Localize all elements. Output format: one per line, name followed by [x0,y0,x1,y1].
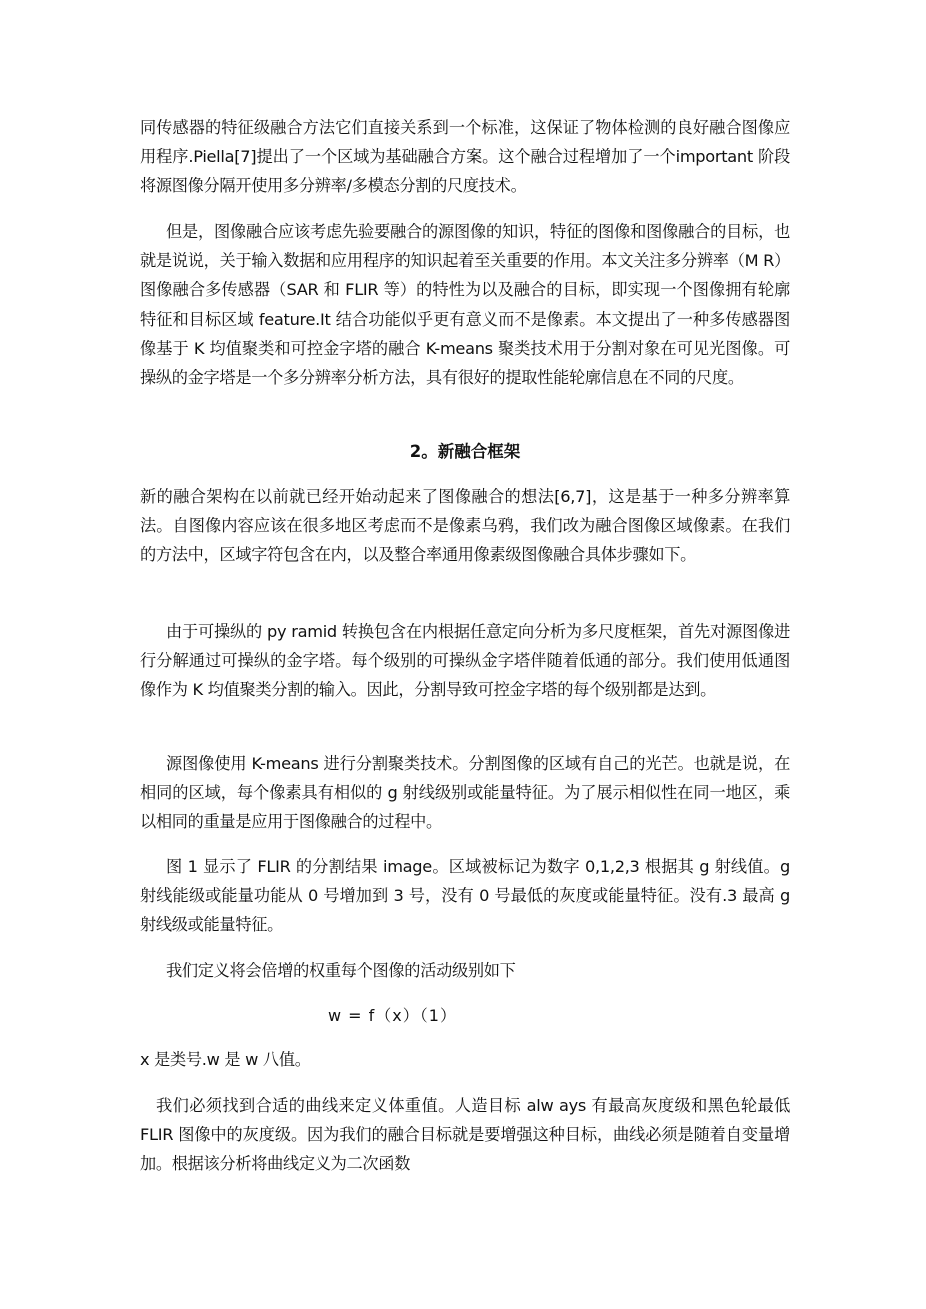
paragraph-kmeans-segmentation: 源图像使用 K-means 进行分割聚类技术。分割图像的区域有自己的光芒。也就是… [140,749,790,837]
paragraph-prior-knowledge: 但是，图像融合应该考虑先验要融合的源图像的知识，特征的图像和图像融合的目标，也就… [140,217,790,392]
paragraph-intro-continuation: 同传感器的特征级融合方法它们直接关系到一个标准，这保证了物体检测的良好融合图像应… [140,113,790,201]
paragraph-curve-definition: 我们必须找到合适的曲线来定义体重值。人造目标 alw ays 有最高灰度级和黑色… [140,1091,790,1179]
paragraph-steerable-pyramid: 由于可操纵的 py ramid 转换包含在内根据任意定向分析为多尺度框架，首先对… [140,617,790,705]
paragraph-new-framework: 新的融合架构在以前就已经开始动起来了图像融合的想法[6,7]，这是基于一种多分辨… [140,482,790,570]
paragraph-figure-1: 图 1 显示了 FLIR 的分割结果 image。区域被标记为数字 0,1,2,… [140,852,790,940]
paragraph-variable-explanation: x 是类号.w 是 w 八值。 [140,1045,790,1074]
paragraph-weight-definition: 我们定义将会倍增的权重每个图像的活动级别如下 [140,956,790,985]
equation-1: w = f（x）（1） [328,1003,457,1029]
section-heading: 2。新融合框架 [140,439,790,465]
